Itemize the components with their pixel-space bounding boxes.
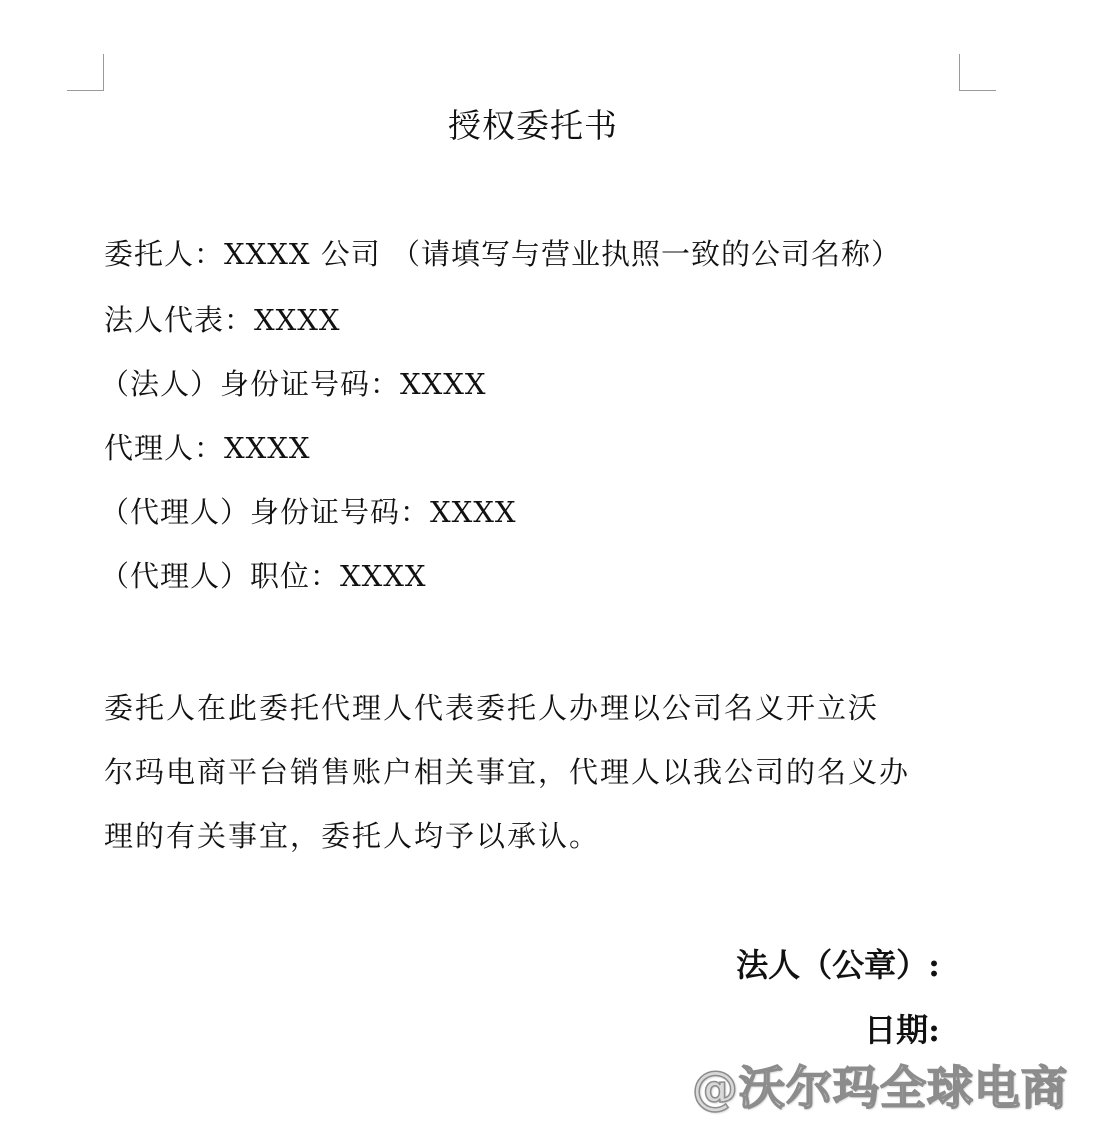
field-agent-id-number: （代理人）身份证号码：XXXX [100, 490, 517, 531]
field-legal-id-number: （法人）身份证号码：XXXX [100, 362, 487, 403]
date-label: 日期: [864, 1005, 940, 1051]
field-principal: 委托人：XXXX 公司 （请填写与营业执照一致的公司名称） [104, 232, 901, 273]
paragraph-line: 理的有关事宜，委托人均予以承认。 [104, 804, 974, 868]
watermark: @沃尔玛全球电商 [692, 1052, 1068, 1118]
document-title: 授权委托书 [0, 100, 1066, 147]
field-legal-representative: 法人代表：XXXX [104, 298, 341, 339]
authorization-paragraph: 委托人在此委托代理人代表委托人办理以公司名义开立沃 尔玛电商平台销售账户相关事宜… [104, 676, 974, 868]
field-agent: 代理人：XXXX [104, 426, 311, 467]
legal-person-seal-label: 法人（公章）: [736, 940, 940, 986]
paragraph-line: 尔玛电商平台销售账户相关事宜，代理人以我公司的名义办 [104, 740, 974, 804]
field-agent-position: （代理人）职位：XXXX [100, 554, 427, 595]
paragraph-line: 委托人在此委托代理人代表委托人办理以公司名义开立沃 [104, 676, 974, 740]
page-corner-mark-top-left [67, 54, 104, 91]
page-corner-mark-top-right [959, 54, 996, 91]
